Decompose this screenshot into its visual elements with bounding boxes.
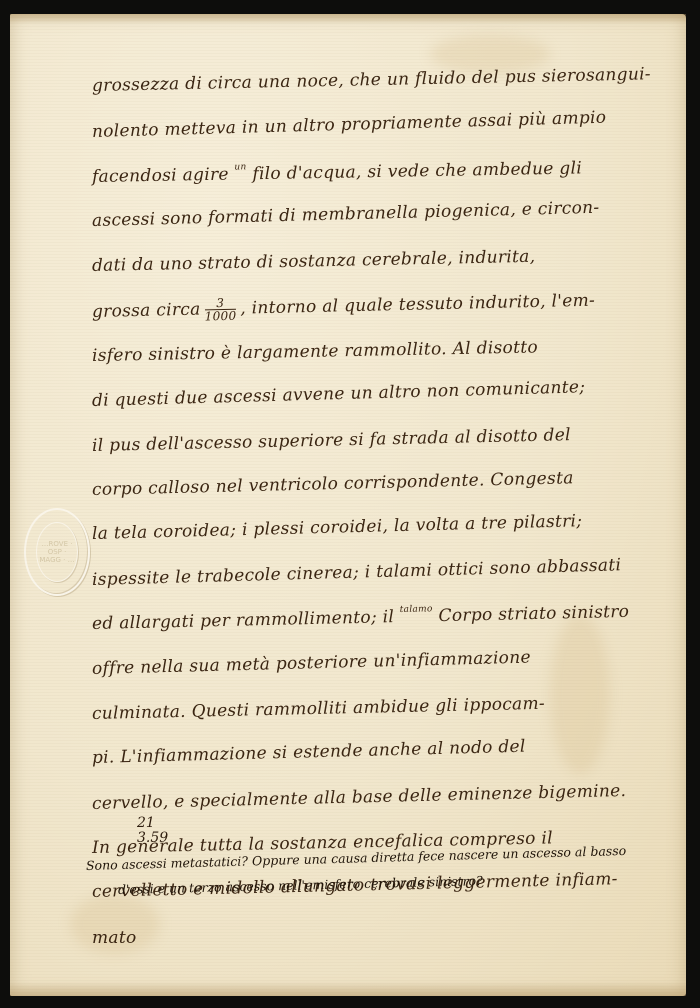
date-note: 21 3.59 bbox=[137, 816, 168, 846]
manuscript-line: mato bbox=[92, 928, 137, 948]
scanned-page: …ROVE · OSP · MAGG · … grossezza di circ… bbox=[0, 0, 700, 1008]
date-month-year: 3.59 bbox=[137, 831, 168, 846]
embossed-seal: …ROVE · OSP · MAGG · … bbox=[24, 508, 90, 596]
date-day: 21 bbox=[137, 816, 168, 831]
seal-emblem-icon: …ROVE · OSP · MAGG · … bbox=[36, 522, 78, 582]
fraction: 31000 bbox=[204, 297, 236, 323]
paper-stain bbox=[550, 614, 610, 774]
